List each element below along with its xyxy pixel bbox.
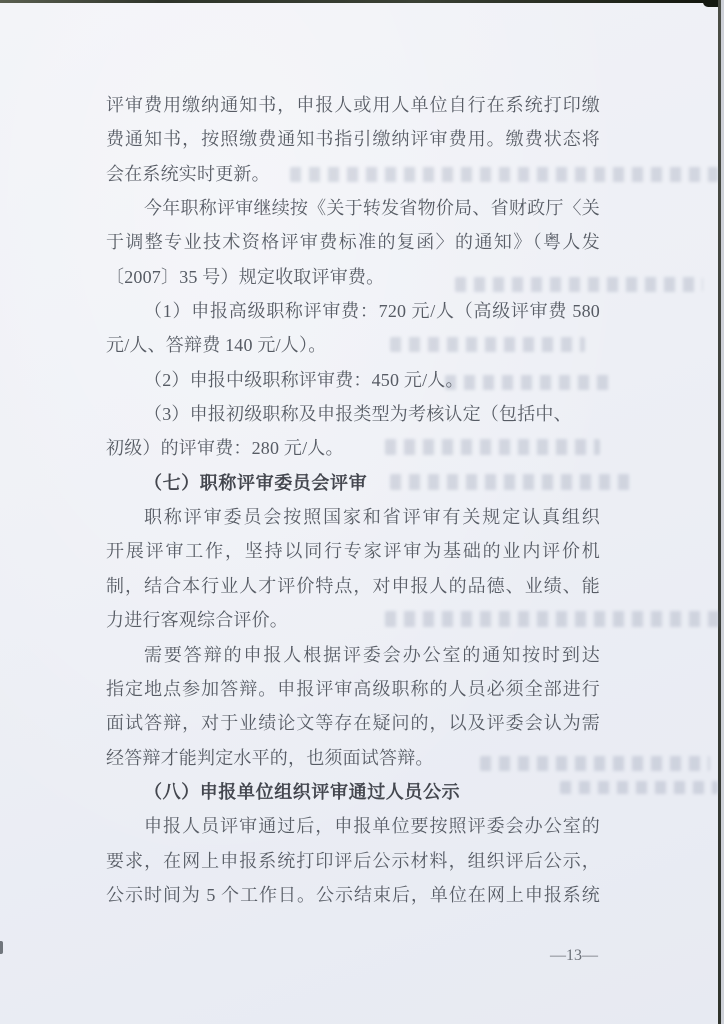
text-line: 初级）的评审费：280 元/人。 bbox=[106, 431, 600, 465]
text-line: 职称评审委员会按照国家和省评审有关规定认真组织 bbox=[106, 500, 600, 534]
text-line: 评审费用缴纳通知书，申报人或用人单位自行在系统打印缴 bbox=[106, 88, 600, 122]
text-line: 会在系统实时更新。 bbox=[106, 157, 600, 191]
text-line: 于调整专业技术资格评审费标准的复函〉的通知》（粤人发 bbox=[106, 225, 600, 259]
section-heading: （七）职称评审委员会评审 bbox=[106, 466, 600, 500]
section-heading: （八）申报单位组织评审通过人员公示 bbox=[106, 775, 600, 809]
scanned-document-page: 评审费用缴纳通知书，申报人或用人单位自行在系统打印缴费通知书，按照缴费通知书指引… bbox=[0, 0, 724, 1024]
text-line: 开展评审工作，坚持以同行专家评审为基础的业内评价机 bbox=[106, 534, 600, 568]
text-line: 要求，在网上申报系统打印评后公示材料，组织评后公示， bbox=[106, 844, 600, 878]
page-number: —13— bbox=[546, 947, 602, 965]
text-line: 面试答辩，对于业绩论文等存在疑问的，以及评委会认为需 bbox=[106, 706, 600, 740]
text-line: 今年职称评审继续按《关于转发省物价局、省财政厅〈关 bbox=[106, 191, 600, 225]
text-line: 公示时间为 5 个工作日。公示结束后，单位在网上申报系统 bbox=[106, 878, 600, 912]
document-body: 评审费用缴纳通知书，申报人或用人单位自行在系统打印缴费通知书，按照缴费通知书指引… bbox=[106, 88, 600, 912]
text-line: （2）申报中级职称评审费：450 元/人。 bbox=[106, 363, 600, 397]
text-line: 指定地点参加答辩。申报评审高级职称的人员必须全部进行 bbox=[106, 672, 600, 706]
text-line: 经答辩才能判定水平的，也须面试答辩。 bbox=[106, 741, 600, 775]
scan-edge-notch bbox=[0, 941, 3, 954]
text-line: 需要答辩的申报人根据评委会办公室的通知按时到达 bbox=[106, 638, 600, 672]
text-line: （3）申报初级职称及申报类型为考核认定（包括中、 bbox=[106, 397, 600, 431]
text-line: （1）申报高级职称评审费：720 元/人（高级评审费 580 bbox=[106, 294, 600, 328]
scan-edge-top bbox=[0, 0, 724, 3]
text-line: 申报人员评审通过后，申报单位要按照评委会办公室的 bbox=[106, 809, 600, 843]
text-line: 元/人、答辩费 140 元/人）。 bbox=[106, 328, 600, 362]
text-line: 力进行客观综合评价。 bbox=[106, 603, 600, 637]
text-line: 制，结合本行业人才评价特点，对申报人的品德、业绩、能 bbox=[106, 569, 600, 603]
text-line: 费通知书，按照缴费通知书指引缴纳评审费用。缴费状态将 bbox=[106, 122, 600, 156]
text-line: 〔2007〕35 号）规定收取评审费。 bbox=[106, 260, 600, 294]
